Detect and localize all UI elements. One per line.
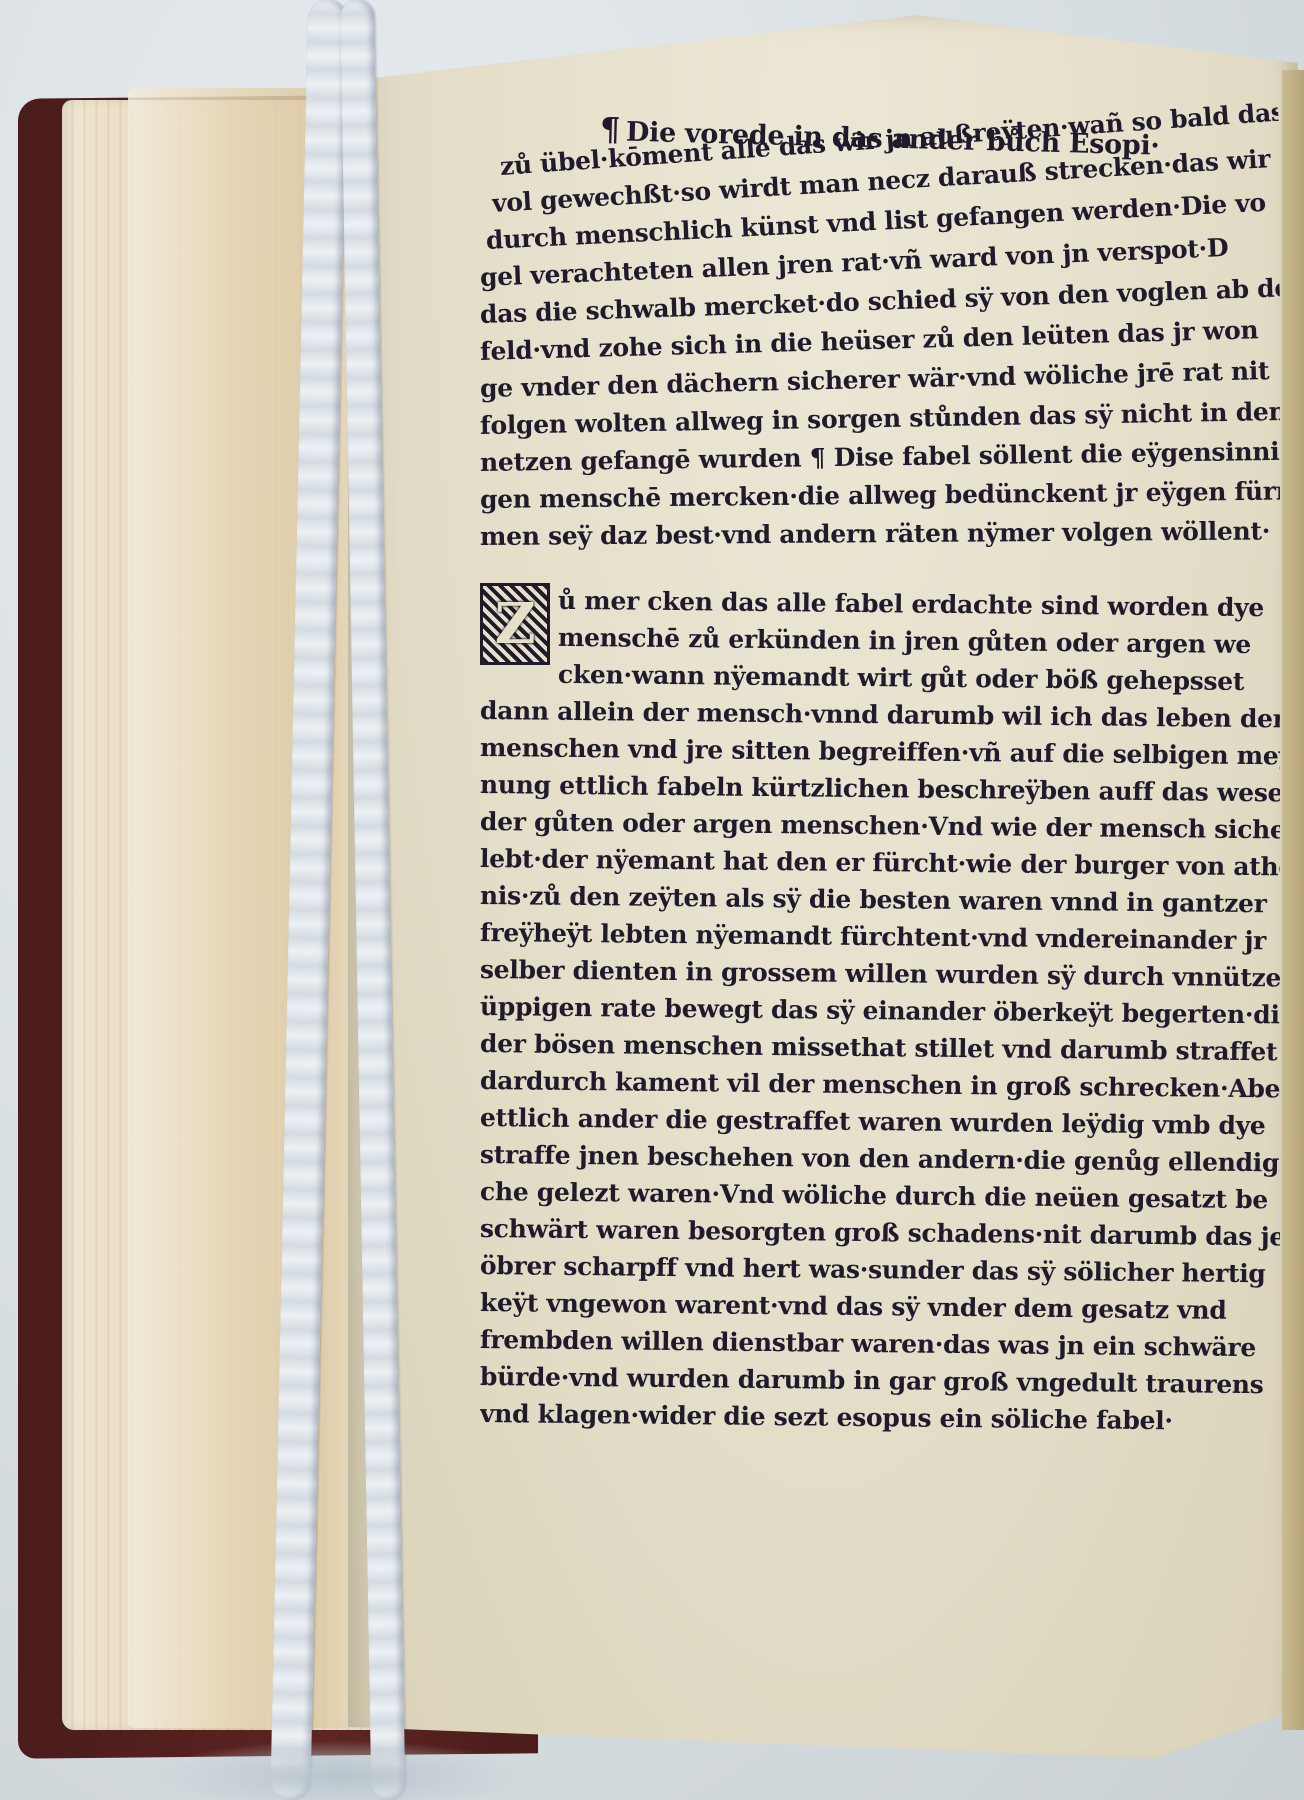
paragraph-main: Z ů mer cken das alle fabel erdachte sin…: [480, 581, 1280, 1432]
text-line: gen menschē mercken·die allweg bedüncken…: [480, 473, 1280, 518]
text-line: men seÿ daz best·vnd andern räten nÿmer …: [480, 512, 1280, 555]
paragraph-intro: zů übel·kōment alle das wir jn außreÿten…: [480, 148, 1280, 555]
bookmark-cord-tassel: [150, 1740, 530, 1800]
page-text: ¶Die vorede in das ander bůch Esopi· zů …: [480, 110, 1280, 1432]
page-edge-right: [1282, 70, 1304, 1730]
